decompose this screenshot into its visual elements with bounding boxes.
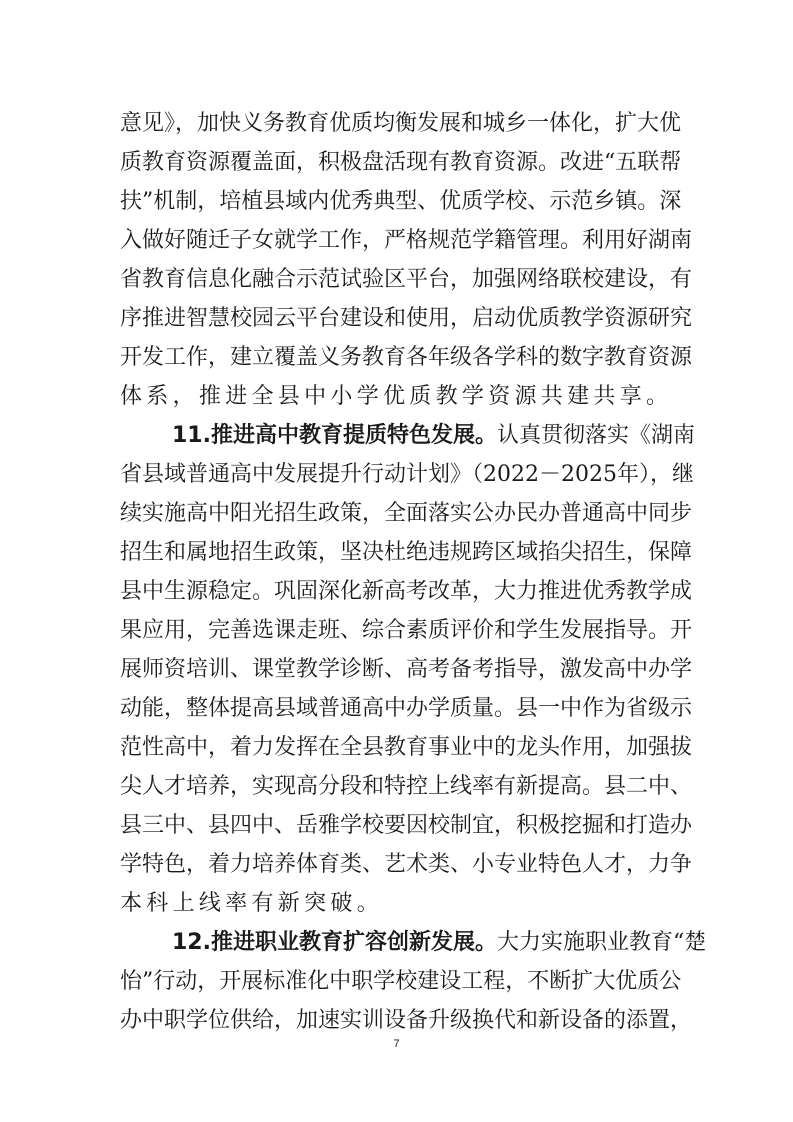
- text-line-first: 11.推进高中教育提质特色发展。认真贯彻落实《湖南: [120, 416, 676, 455]
- text-line: 开发工作，建立覆盖义务教育各年级各学科的数字教育资源: [120, 338, 676, 377]
- page-number: 7: [0, 1038, 793, 1050]
- text-line-first: 12.推进职业教育扩容创新发展。大力实施职业教育“楚: [120, 923, 676, 962]
- text-line: 尖人才培养，实现高分段和特控上线率有新提高。县二中、: [120, 767, 676, 806]
- text-line: 县三中、县四中、岳雅学校要因校制宜，积极挖掘和打造办: [120, 806, 676, 845]
- text-line: 扶”机制，培植县域内优秀典型、优质学校、示范乡镇。深: [120, 182, 676, 221]
- text-line: 招生和属地招生政策，坚决杜绝违规跨区域掐尖招生，保障: [120, 533, 676, 572]
- text-line: 体系，推进全县中小学优质教学资源共建共享。: [120, 377, 676, 416]
- text-line: 范性高中，着力发挥在全县教育事业中的龙头作用，加强拔: [120, 728, 676, 767]
- text-run: 大力实施职业教育“楚: [497, 930, 706, 955]
- paragraph-vocational-education: 12.推进职业教育扩容创新发展。大力实施职业教育“楚 怡”行动，开展标准化中职学…: [120, 923, 676, 1040]
- text-line: 怡”行动，开展标准化中职学校建设工程，不断扩大优质公: [120, 962, 676, 1001]
- text-line: 意见》，加快义务教育优质均衡发展和城乡一体化，扩大优: [120, 104, 676, 143]
- document-body: 意见》，加快义务教育优质均衡发展和城乡一体化，扩大优 质教育资源覆盖面，积极盘活…: [120, 104, 676, 1040]
- text-line: 县中生源稳定。巩固深化新高考改革，大力推进优秀教学成: [120, 572, 676, 611]
- text-run: 认真贯彻落实《湖南: [497, 423, 695, 448]
- text-line: 序推进智慧校园云平台建设和使用，启动优质教学资源研究: [120, 299, 676, 338]
- text-line: 省教育信息化融合示范试验区平台，加强网络联校建设，有: [120, 260, 676, 299]
- text-line: 本科上线率有新突破。: [120, 884, 676, 923]
- text-line: 质教育资源覆盖面，积极盘活现有教育资源。改进“五联帮: [120, 143, 676, 182]
- text-line: 学特色，着力培养体育类、艺术类、小专业特色人才，力争: [120, 845, 676, 884]
- document-page: 意见》，加快义务教育优质均衡发展和城乡一体化，扩大优 质教育资源覆盖面，积极盘活…: [0, 0, 793, 1122]
- text-line: 办中职学位供给，加速实训设备升级换代和新设备的添置，: [120, 1001, 676, 1040]
- text-line: 入做好随迁子女就学工作，严格规范学籍管理。利用好湖南: [120, 221, 676, 260]
- section-heading-11: 11.推进高中教育提质特色发展。: [172, 423, 497, 448]
- text-line: 续实施高中阳光招生政策，全面落实公办民办普通高中同步: [120, 494, 676, 533]
- paragraph-high-school-education: 11.推进高中教育提质特色发展。认真贯彻落实《湖南 省县域普通高中发展提升行动计…: [120, 416, 676, 923]
- text-line: 果应用，完善选课走班、综合素质评价和学生发展指导。开: [120, 611, 676, 650]
- paragraph-compulsory-education: 意见》，加快义务教育优质均衡发展和城乡一体化，扩大优 质教育资源覆盖面，积极盘活…: [120, 104, 676, 416]
- section-heading-12: 12.推进职业教育扩容创新发展。: [172, 930, 497, 955]
- text-line: 展师资培训、课堂教学诊断、高考备考指导，激发高中办学: [120, 650, 676, 689]
- text-line: 省县域普通高中发展提升行动计划》（2022－2025年），继: [120, 455, 676, 494]
- text-line: 动能，整体提高县域普通高中办学质量。县一中作为省级示: [120, 689, 676, 728]
